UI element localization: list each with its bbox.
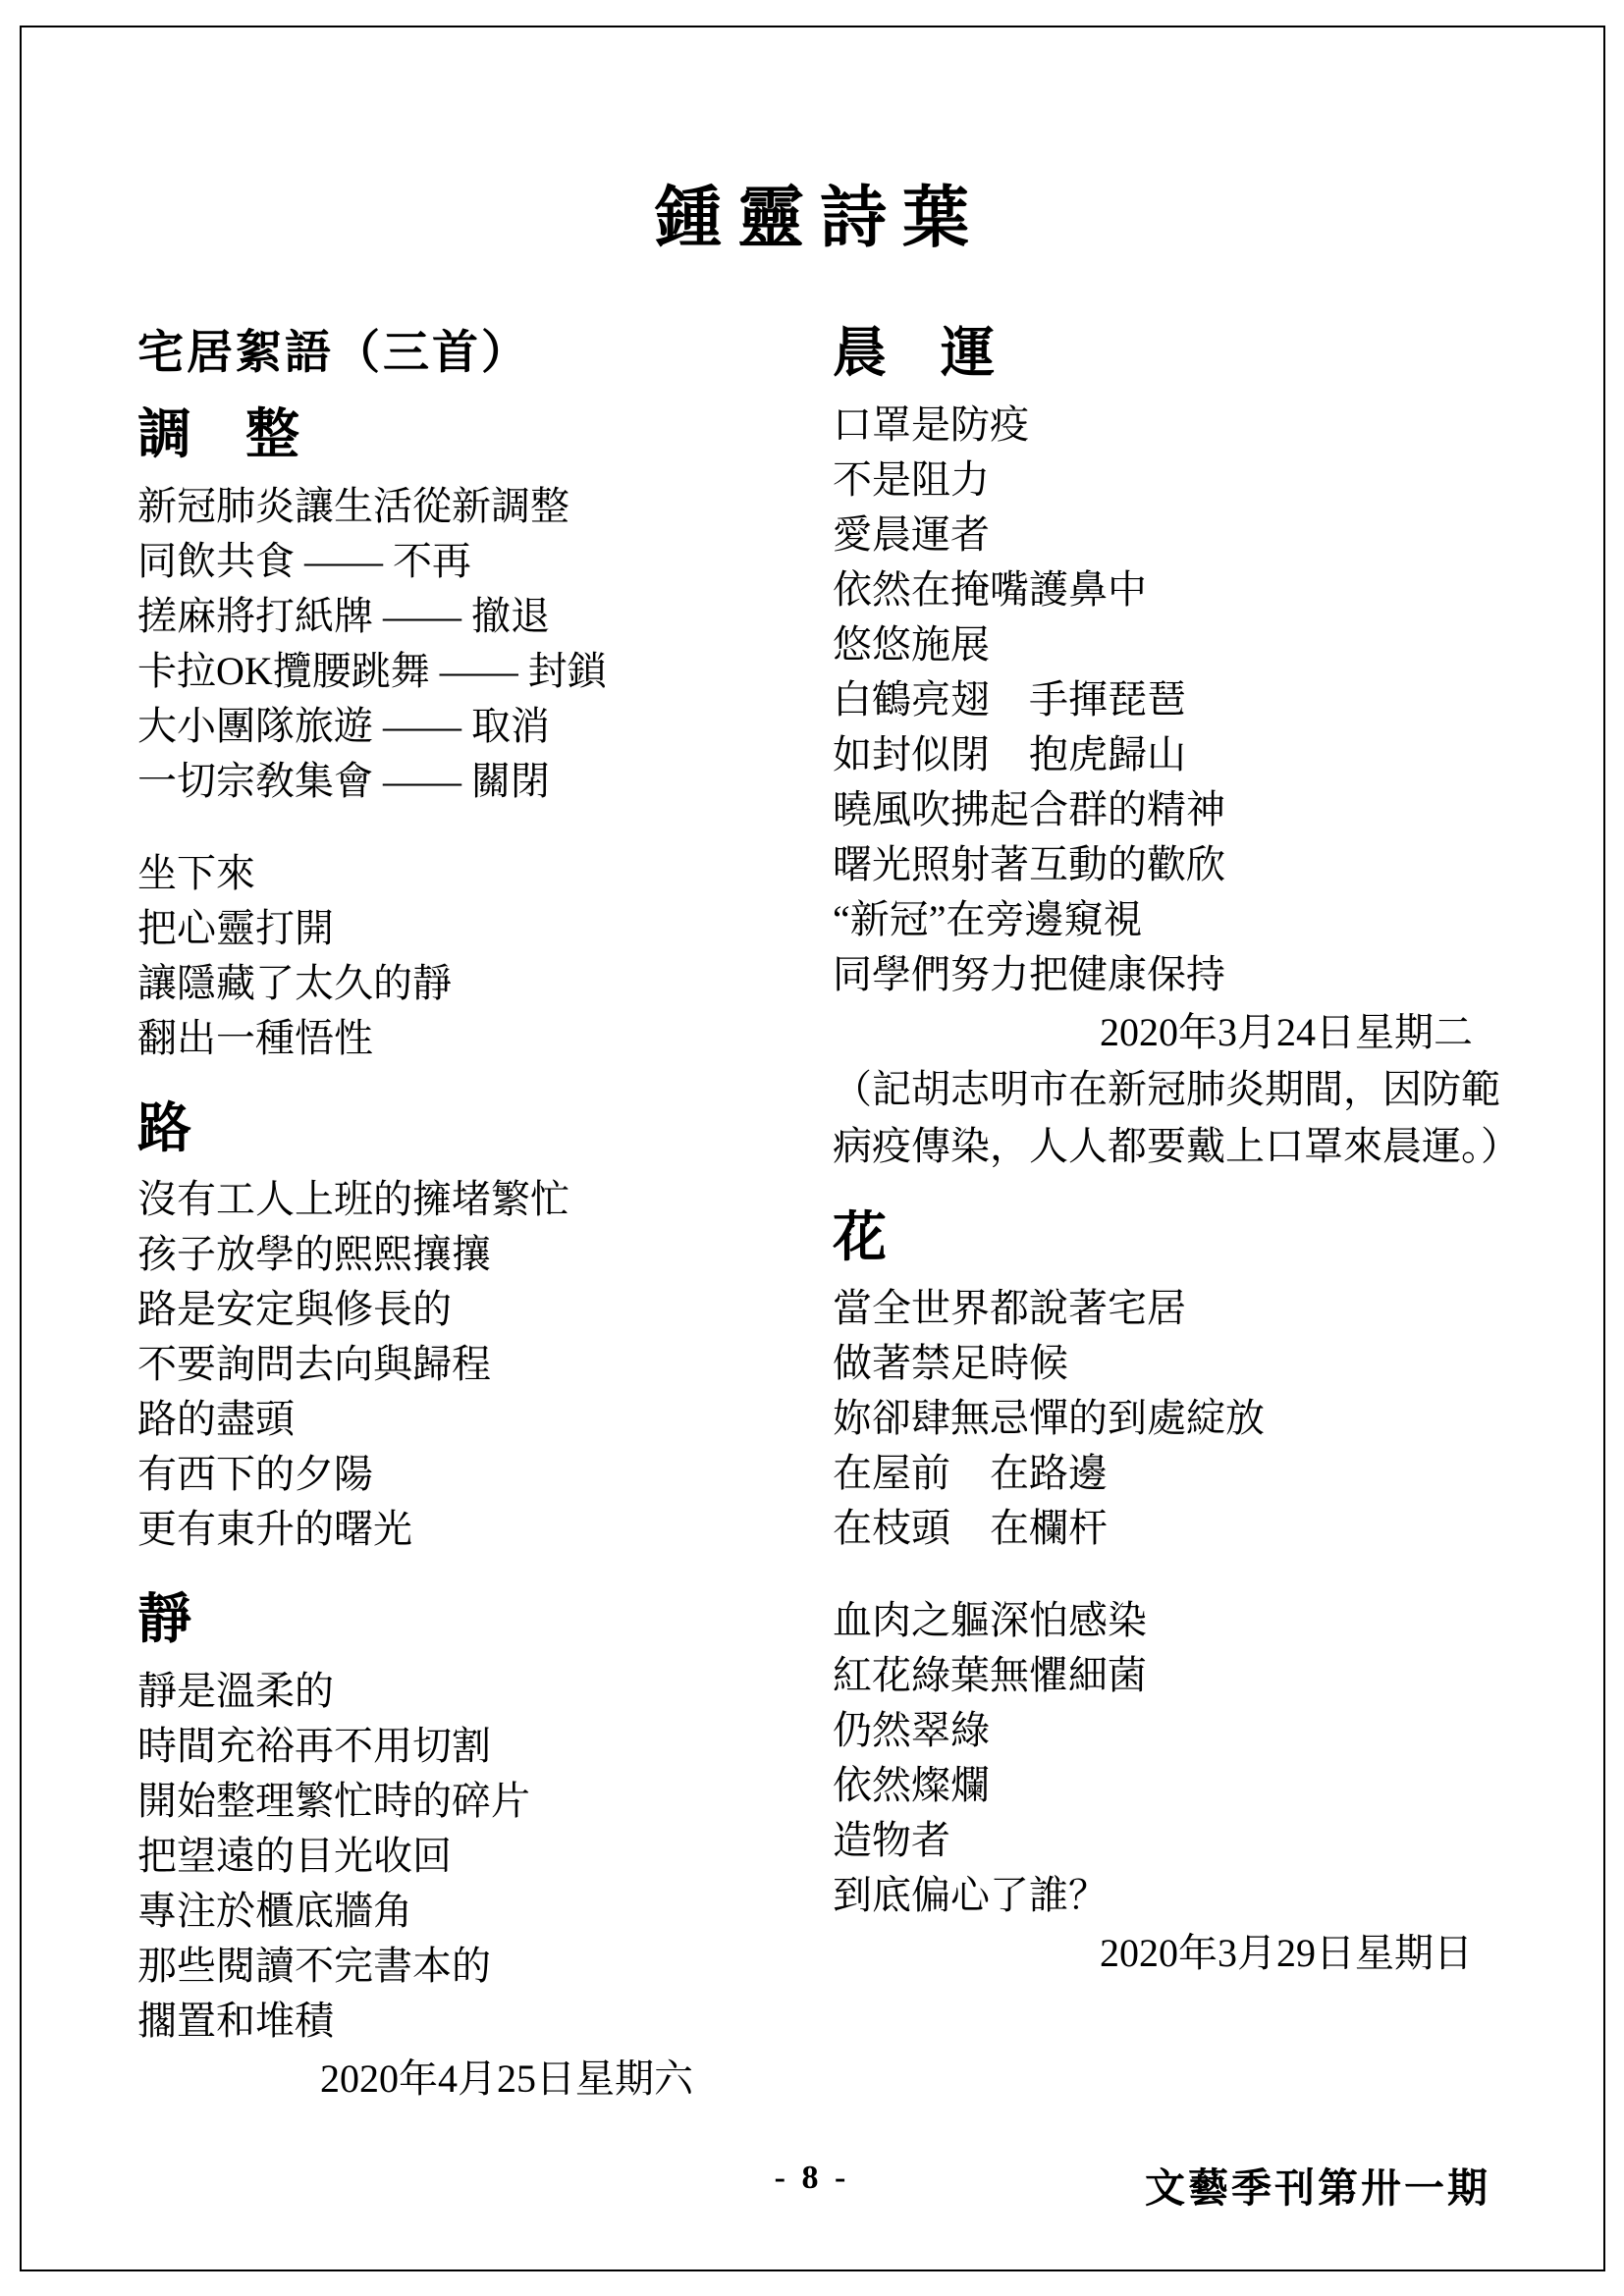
page: 鍾靈詩葉 宅居絮語（三首） 調 整新冠肺炎讓生活從新調整同飲共食 —— 不再搓麻…: [0, 0, 1624, 2296]
poem-line: 在枝頭 在欄杆: [833, 1501, 1500, 1556]
stanza: 口罩是防疫不是阻力愛晨運者依然在掩嘴護鼻中悠悠施展白鶴亮翅 手揮琵琶如封似閉 抱…: [833, 398, 1500, 1002]
poem-line: 悠悠施展: [833, 617, 1500, 672]
right-column: 晨 運口罩是防疫不是阻力愛晨運者依然在掩嘴護鼻中悠悠施展白鶴亮翅 手揮琵琶如封似…: [833, 324, 1500, 1982]
poem-line: 更有東升的曙光: [137, 1502, 774, 1557]
poem-line: 卡拉OK攬腰跳舞 —— 封鎖: [137, 644, 774, 699]
poem-line: 妳卻肆無忌憚的到處綻放: [833, 1391, 1500, 1446]
stanza: 血肉之軀深怕感染紅花綠葉無懼細菌仍然翠綠依然燦爛造物者到底偏心了誰？: [833, 1593, 1500, 1923]
poem-line: 搓麻將打紙牌 —— 撤退: [137, 589, 774, 644]
poem-line: “新冠”在旁邊窺視: [833, 892, 1500, 947]
poem-line: 如封似閉 抱虎歸山: [833, 727, 1500, 782]
poem-title: 路: [137, 1099, 774, 1159]
poem-line: 路的盡頭: [137, 1392, 774, 1447]
stanza: 沒有工人上班的擁堵繁忙孩子放學的熙熙攘攘路是安定與修長的不要詢問去向與歸程路的盡…: [137, 1172, 774, 1557]
poem-line: 坐下來: [137, 846, 774, 901]
stanza: 坐下來把心靈打開讓隱藏了太久的靜翻出一種悟性: [137, 846, 774, 1066]
poem-line: 翻出一種悟性: [137, 1011, 774, 1066]
poem: 路沒有工人上班的擁堵繁忙孩子放學的熙熙攘攘路是安定與修長的不要詢問去向與歸程路的…: [137, 1099, 774, 1558]
footer-journal-title: 文藝季刊第卅一期: [1145, 2156, 1490, 2214]
poem: 晨 運口罩是防疫不是阻力愛晨運者依然在掩嘴護鼻中悠悠施展白鶴亮翅 手揮琵琶如封似…: [833, 324, 1500, 1175]
poem-line: 孩子放學的熙熙攘攘: [137, 1227, 774, 1282]
poem-line: 曉風吹拂起合群的精神: [833, 782, 1500, 837]
poem-line: 擱置和堆積: [137, 1994, 774, 2049]
poem-date: 2020年4月25日星期六: [137, 2051, 774, 2108]
poem-line: 把心靈打開: [137, 901, 774, 956]
poem: 花當全世界都說著宅居做著禁足時候妳卻肆無忌憚的到處綻放在屋前 在路邊在枝頭 在欄…: [833, 1208, 1500, 1983]
poem-line: 大小團隊旅遊 —— 取消: [137, 699, 774, 754]
stanza: 靜是溫柔的時間充裕再不用切割開始整理繁忙時的碎片把望遠的目光收回專注於櫃底牆角那…: [137, 1664, 774, 2049]
poem-line: 做著禁足時候: [833, 1336, 1500, 1391]
poem-line: 依然燦爛: [833, 1758, 1500, 1813]
poem-line: 到底偏心了誰？: [833, 1868, 1500, 1923]
page-title: 鍾靈詩葉: [0, 165, 1624, 260]
poem-line: 依然在掩嘴護鼻中: [833, 562, 1500, 617]
poem-line: 靜是溫柔的: [137, 1664, 774, 1719]
poem-line: 一切宗敎集會 —— 關閉: [137, 754, 774, 809]
poem-line: 專注於櫃底牆角: [137, 1884, 774, 1939]
poem-note-line: （記胡志明市在新冠肺炎期間，因防範: [833, 1061, 1500, 1118]
poem-line: 同飲共食 —— 不再: [137, 534, 774, 589]
poem-line: 有西下的夕陽: [137, 1447, 774, 1502]
poem-line: 不要詢問去向與歸程: [137, 1337, 774, 1392]
poem-line: 同學們努力把健康保持: [833, 947, 1500, 1002]
poem-line: 不是阻力: [833, 453, 1500, 507]
poem-title: 花: [833, 1208, 1500, 1268]
poem-line: 白鶴亮翅 手揮琵琶: [833, 672, 1500, 727]
left-column: 宅居絮語（三首） 調 整新冠肺炎讓生活從新調整同飲共食 —— 不再搓麻將打紙牌 …: [137, 316, 774, 2108]
poem-line: 時間充裕再不用切割: [137, 1719, 774, 1774]
stanza: 當全世界都說著宅居做著禁足時候妳卻肆無忌憚的到處綻放在屋前 在路邊在枝頭 在欄杆: [833, 1281, 1500, 1556]
poem-line: 紅花綠葉無懼細菌: [833, 1648, 1500, 1703]
poem-line: 那些閱讀不完書本的: [137, 1939, 774, 1994]
section-heading: 宅居絮語（三首）: [137, 316, 774, 382]
poem-date: 2020年3月29日星期日: [833, 1925, 1500, 1982]
poem-line: 口罩是防疫: [833, 398, 1500, 453]
poem-line: 新冠肺炎讓生活從新調整: [137, 479, 774, 534]
poem-line: 沒有工人上班的擁堵繁忙: [137, 1172, 774, 1227]
poem: 調 整新冠肺炎讓生活從新調整同飲共食 —— 不再搓麻將打紙牌 —— 撤退卡拉OK…: [137, 405, 774, 1066]
poem-line: 當全世界都說著宅居: [833, 1281, 1500, 1336]
poem-note-line: 病疫傳染，人人都要戴上口罩來晨運。）: [833, 1118, 1500, 1175]
poem-title: 晨 運: [833, 324, 1500, 384]
poem-title: 靜: [137, 1590, 774, 1650]
poem-title: 調 整: [137, 405, 774, 465]
poem-line: 把望遠的目光收回: [137, 1829, 774, 1884]
poem-line: 造物者: [833, 1813, 1500, 1868]
poem-line: 開始整理繁忙時的碎片: [137, 1774, 774, 1829]
poem-line: 愛晨運者: [833, 507, 1500, 562]
poem-line: 仍然翠綠: [833, 1703, 1500, 1758]
poem-line: 血肉之軀深怕感染: [833, 1593, 1500, 1648]
poem-date: 2020年3月24日星期二: [833, 1004, 1500, 1061]
poem: 靜靜是溫柔的時間充裕再不用切割開始整理繁忙時的碎片把望遠的目光收回專注於櫃底牆角…: [137, 1590, 774, 2108]
poem-line: 曙光照射著互動的歡欣: [833, 837, 1500, 892]
stanza: 新冠肺炎讓生活從新調整同飲共食 —— 不再搓麻將打紙牌 —— 撤退卡拉OK攬腰跳…: [137, 479, 774, 809]
poem-line: 路是安定與修長的: [137, 1282, 774, 1337]
poem-line: 在屋前 在路邊: [833, 1446, 1500, 1501]
poem-line: 讓隱藏了太久的靜: [137, 956, 774, 1011]
